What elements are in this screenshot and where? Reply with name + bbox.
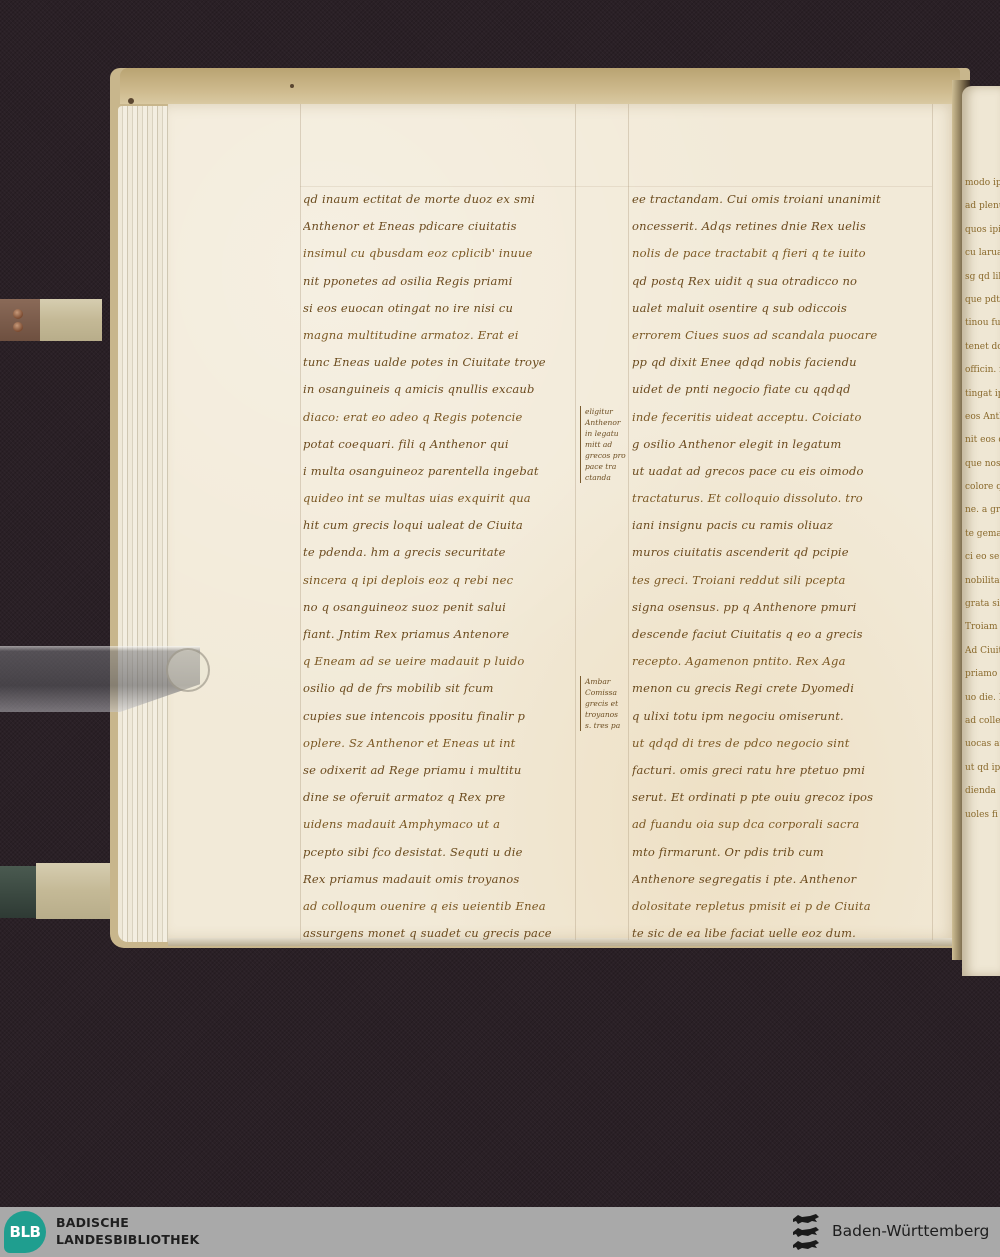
gloss-line: s. tres pa <box>585 720 620 731</box>
text-line: sg qd libs e <box>962 266 1000 289</box>
text-line: nit pponetes ad osilia Regis priami <box>303 268 571 295</box>
text-line: dolositate repletus pmisit ei p de Ciuit… <box>632 893 932 920</box>
gloss-line: ctanda <box>585 472 626 483</box>
text-line: tenet dolor <box>962 336 1000 359</box>
text-line: pcepto sibi fco desistat. Sequti u die <box>303 839 571 866</box>
text-line: Rex priamus madauit omis troyanos <box>303 866 571 893</box>
text-line: si eos euocan otingat no ire nisi cu <box>303 295 571 322</box>
gloss-line: mitt ad <box>585 439 626 450</box>
ruling-line <box>628 104 629 940</box>
text-line: Troiam <box>962 616 1000 639</box>
text-line: ee tractandam. Cui omis troiani unanimit <box>632 186 932 213</box>
text-line: pp qd dixit Enee qdqd nobis faciendu <box>632 349 932 376</box>
gloss-line: troyanos <box>585 709 620 720</box>
lower-clasp-strap <box>36 863 112 919</box>
text-line: ut qd ip <box>962 757 1000 780</box>
library-name[interactable]: BADISCHE LANDESBIBLIOTHEK <box>56 1214 199 1248</box>
text-line: potat coequari. fili q Anthenor qui <box>303 431 571 458</box>
gloss-line: Ambar <box>585 676 620 687</box>
text-line: qd postq Rex uidit q sua otradicco no <box>632 268 932 295</box>
text-line: descende faciut Ciuitatis q eo a grecis <box>632 621 932 648</box>
ruling-line <box>300 104 301 940</box>
library-name-line2: LANDESBIBLIOTHEK <box>56 1231 199 1248</box>
text-line: ad colloqum ouenire q eis ueientib Enea <box>303 893 571 920</box>
text-line: oplere. Sz Anthenor et Eneas ut int <box>303 730 571 757</box>
text-line: q ulixi totu ipm negociu omiserunt. <box>632 703 932 730</box>
text-line: ne. a gra <box>962 499 1000 522</box>
text-line: oncesserit. Adqs retines dnie Rex uelis <box>632 213 932 240</box>
text-line: tingat ipi <box>962 383 1000 406</box>
text-line: tractaturus. Et colloquio dissoluto. tro <box>632 485 932 512</box>
text-line: ut qdqd di tres de pdco negocio sint <box>632 730 932 757</box>
text-line: g osilio Anthenor elegit in legatum <box>632 431 932 458</box>
ruling-line <box>575 104 576 940</box>
text-line: ci eo se d <box>962 546 1000 569</box>
wormhole-icon <box>290 84 294 88</box>
text-line: osilio qd de frs mobilib sit fcum <box>303 675 571 702</box>
text-line: cupies sue intencois ppositu finalir p <box>303 703 571 730</box>
text-line: dienda <box>962 780 1000 803</box>
text-line: te pdenda. hm a grecis securitate <box>303 539 571 566</box>
text-line: magna multitudine armatoz. Erat ei <box>303 322 571 349</box>
rivet-icon <box>13 322 23 332</box>
text-line: nobilitate <box>962 570 1000 593</box>
text-line: uidens madauit Amphymaco ut a <box>303 811 571 838</box>
upper-clasp-metal <box>0 299 40 341</box>
margin-gloss: eligitur Anthenor in legatu mitt ad grec… <box>580 406 626 483</box>
text-line: muros ciuitatis ascenderit qd pcipie <box>632 539 932 566</box>
text-line: nit eos q <box>962 429 1000 452</box>
book-top-edge <box>120 68 960 104</box>
text-line: qd inaum ectitat de morte duoz ex smi <box>303 186 571 213</box>
text-line: te sic de ea libe faciat uelle eoz dum. <box>632 920 932 947</box>
text-line: quos ipi dn <box>962 219 1000 242</box>
text-line: grata sie <box>962 593 1000 616</box>
upper-clasp-strap <box>40 299 102 341</box>
text-line: priamo <box>962 663 1000 686</box>
text-line: insimul cu qbusdam eoz cplicib' inuue <box>303 240 571 267</box>
text-line: que nos q <box>962 453 1000 476</box>
text-line: uocas au <box>962 733 1000 756</box>
text-line: ad colleg <box>962 710 1000 733</box>
gloss-line: Comissa <box>585 687 620 698</box>
text-line: in osanguineis q amicis qnullis excaub <box>303 376 571 403</box>
lower-clasp-metal <box>0 866 36 918</box>
text-line: tes greci. Troiani reddut sili pcepta <box>632 567 932 594</box>
text-line: facturi. omis greci ratu hre ptetuo pmi <box>632 757 932 784</box>
right-text-column: ee tractandam. Cui omis troiani unanimit… <box>632 186 932 947</box>
text-line: diaco: erat eo adeo q Regis potencie <box>303 404 571 431</box>
text-line: inde feceritis uideat acceptu. Coiciato <box>632 404 932 431</box>
text-line: se odixerit ad Rege priamu i multitu <box>303 757 571 784</box>
text-line: tunc Eneas ualde potes in Ciuitate troye <box>303 349 571 376</box>
text-line: iani insignu pacis cu ramis oliuaz <box>632 512 932 539</box>
gloss-line: grecos pro <box>585 450 626 461</box>
text-line: tinou fuit <box>962 312 1000 335</box>
text-line: mto firmarunt. Or pdis trib cum <box>632 839 932 866</box>
gloss-line: pace tra <box>585 461 626 472</box>
text-line: menon cu grecis Regi crete Dyomedi <box>632 675 932 702</box>
text-line: colore qm <box>962 476 1000 499</box>
text-line: ut uadat ad grecos pace cu eis oimodo <box>632 458 932 485</box>
text-line: Anthenore segregatis i pte. Anthenor <box>632 866 932 893</box>
text-line: quideo int se multas uias exquirit qua <box>303 485 571 512</box>
state-name: Baden-Württemberg <box>832 1222 989 1240</box>
text-line: fiant. Jntim Rex priamus Antenore <box>303 621 571 648</box>
text-line: nolis de pace tractabit q fieri q te iui… <box>632 240 932 267</box>
text-line: que pdti tro <box>962 289 1000 312</box>
gloss-line: in legatu <box>585 428 626 439</box>
three-lions-icon <box>790 1212 822 1252</box>
text-line: ad fuandu oia sup dca corporali sacra <box>632 811 932 838</box>
text-line: dine se oferuit armatoz q Rex pre <box>303 784 571 811</box>
glass-weight-knob <box>166 648 210 692</box>
text-line: q Eneam ad se ueire madauit p luido <box>303 648 571 675</box>
text-line: recepto. Agamenon pntito. Rex Aga <box>632 648 932 675</box>
text-line: cu larua fia <box>962 242 1000 265</box>
text-line: serut. Et ordinati p pte ouiu grecoz ipo… <box>632 784 932 811</box>
text-line: modo ipm q <box>962 172 1000 195</box>
text-line: assurgens monet q suadet cu grecis pace <box>303 920 571 947</box>
gloss-line: Anthenor <box>585 417 626 428</box>
margin-gloss: Ambar Comissa grecis et troyanos s. tres… <box>580 676 620 731</box>
rivet-icon <box>13 309 23 319</box>
text-line: no q osanguineoz suoz penit salui <box>303 594 571 621</box>
ruling-line <box>932 104 933 940</box>
text-line: uidet de pnti negocio fiate cu qqdqd <box>632 376 932 403</box>
text-line: hit cum grecis loqui ualeat de Ciuita <box>303 512 571 539</box>
text-line: te gemam <box>962 523 1000 546</box>
text-line: Anthenor et Eneas pdicare ciuitatis <box>303 213 571 240</box>
text-line: ad plenu o <box>962 195 1000 218</box>
text-line: uo die. R <box>962 687 1000 710</box>
text-line: i multa osanguineoz parentella ingebat <box>303 458 571 485</box>
left-text-column: qd inaum ectitat de morte duoz ex smi An… <box>303 186 571 947</box>
text-line: officin. ne f <box>962 359 1000 382</box>
facing-page: modo ipm q ad plenu o quos ipi dn cu lar… <box>962 86 1000 976</box>
gloss-line: eligitur <box>585 406 626 417</box>
text-line: errorem Ciues suos ad scandala puocare <box>632 322 932 349</box>
text-line: eos Anthe <box>962 406 1000 429</box>
text-line: sincera q ipi deplois eoz q rebi nec <box>303 567 571 594</box>
text-line: Ad Ciuita <box>962 640 1000 663</box>
text-line: signa osensus. pp q Anthenore pmuri <box>632 594 932 621</box>
text-line: uoles fi <box>962 804 1000 827</box>
gloss-line: grecis et <box>585 698 620 709</box>
library-name-line1: BADISCHE <box>56 1214 199 1231</box>
blb-logo[interactable]: BLB <box>4 1211 46 1253</box>
nail-icon <box>128 98 134 104</box>
text-line: ualet maluit osentire q sub odiccois <box>632 295 932 322</box>
